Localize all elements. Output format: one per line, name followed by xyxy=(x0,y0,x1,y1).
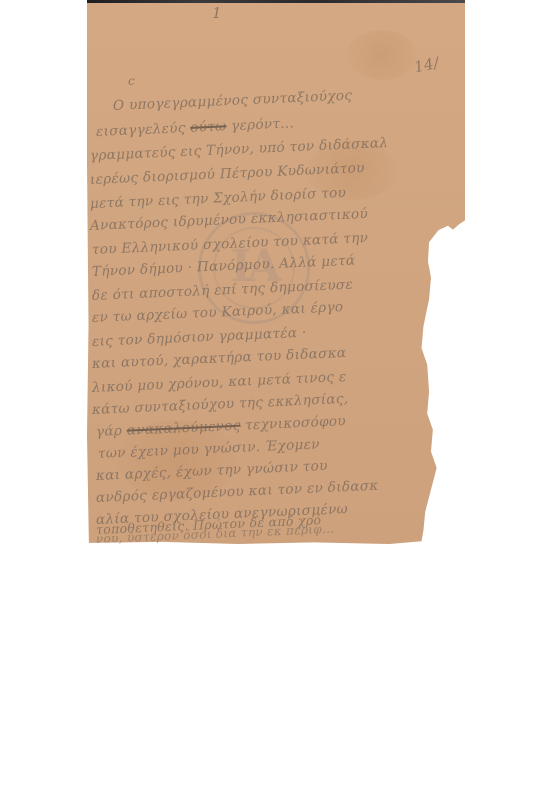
scan-top-edge xyxy=(87,0,465,3)
page-number: 1 xyxy=(212,4,222,22)
small-mark: c xyxy=(128,74,135,88)
line-text: γερόντ... xyxy=(226,115,294,134)
paper-stain xyxy=(347,30,417,80)
line-text: γάρ xyxy=(96,423,127,440)
struck-word: ούτω xyxy=(190,118,227,136)
document-canvas: IA 1 14/ c Ο υπογεγραμμένος συνταξιούχος… xyxy=(0,0,549,800)
